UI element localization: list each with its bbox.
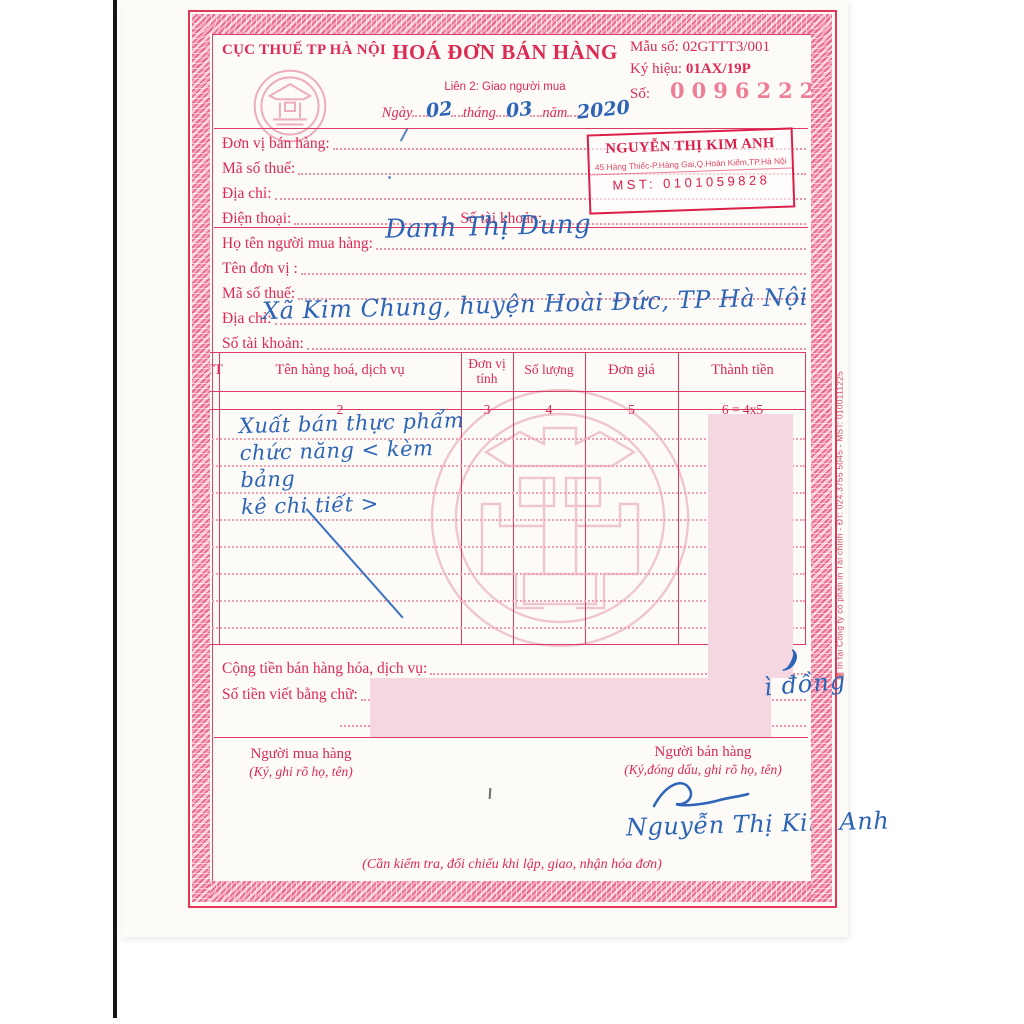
invoice-copy-line: Liên 2: Giao người mua [372,81,638,93]
pen-mark [388,176,391,179]
date-year-handwritten: 2020 [576,96,631,123]
seller-stamp-mst: MST: 0101059828 [590,171,792,193]
serial-symbol-line: Ký hiệu: 01AX/19P [630,58,820,80]
buyer-name-handwritten: Danh Thị Dung [385,209,592,244]
form-number-line: Mẫu số: 02GTTT3/001 [630,36,820,58]
redaction-box-totals [370,678,771,737]
buyer-account-row: Số tài khoản: [222,333,806,353]
frame-band-left [192,14,210,902]
seller-stamp: NGUYỄN THỊ KIM ANH 45 Hàng Thiếc-P.Hàng … [587,127,796,214]
scan-edge-artifact [113,0,117,1018]
invoice-number-line: Số:0096222 [630,80,820,105]
date-word-day: Ngày [382,105,413,121]
buyer-signature-note: (Ký, ghi rõ họ, tên) [216,764,386,780]
frame-band-bottom [192,881,832,902]
invoice-date-line: Ngày02tháng03năm2020 [360,100,650,122]
seller-signature-name-handwritten: Nguyễn Thị Kim Anh [626,807,890,842]
item-description-handwritten: Xuất bán thực phẩm chức năng < kèm bảng … [239,407,482,521]
date-day-handwritten: 02 [425,98,454,123]
invoice-title: HOÁ ĐƠN BÁN HÀNG [372,40,638,65]
printer-credit-vertical: ▦ In tại Công ty cổ phần in Tài chính - … [835,351,848,701]
footer-note: (Cần kiểm tra, đối chiếu khi lập, giao, … [300,857,724,873]
divider-header [214,128,808,129]
date-month-handwritten: 03 [505,98,534,123]
subheader-5: 5 [585,402,678,418]
col-header-price: Đơn giá [585,362,678,379]
seller-signature-scribble [648,776,752,814]
frame-band-top [192,14,832,34]
invoice-serial-number: 0096222 [670,78,821,103]
invoice-scan: CỤC THUẾ TP HÀ NỘI HOÁ ĐƠN BÁN HÀNG Liên… [0,0,1024,1024]
buyer-unit-row: Tên đơn vị : [222,258,806,278]
seller-signature-title: Người bán hàng [596,744,810,761]
buyer-signature-title: Người mua hàng [216,746,386,763]
subheader-4: 4 [513,402,585,418]
frame-band-right [811,14,832,902]
col-header-qty: Số lượng [513,362,585,377]
seller-stamp-name: NGUYỄN THỊ KIM ANH [589,134,791,158]
col-header-unit: Đơn vị tính [461,356,513,386]
date-word-year: năm [542,105,567,121]
divider-signatures [214,737,808,738]
redaction-box-amount-column [708,414,793,678]
col-header-item: Tên hàng hoá, dịch vụ [219,362,461,379]
col-header-amount: Thành tiền [678,362,807,379]
form-meta-block: Mẫu số: 02GTTT3/001 Ký hiệu: 01AX/19P Số… [630,36,820,105]
issuing-agency: CỤC THUẾ TP HÀ NỘI [222,42,392,59]
date-word-month: tháng [463,105,496,121]
